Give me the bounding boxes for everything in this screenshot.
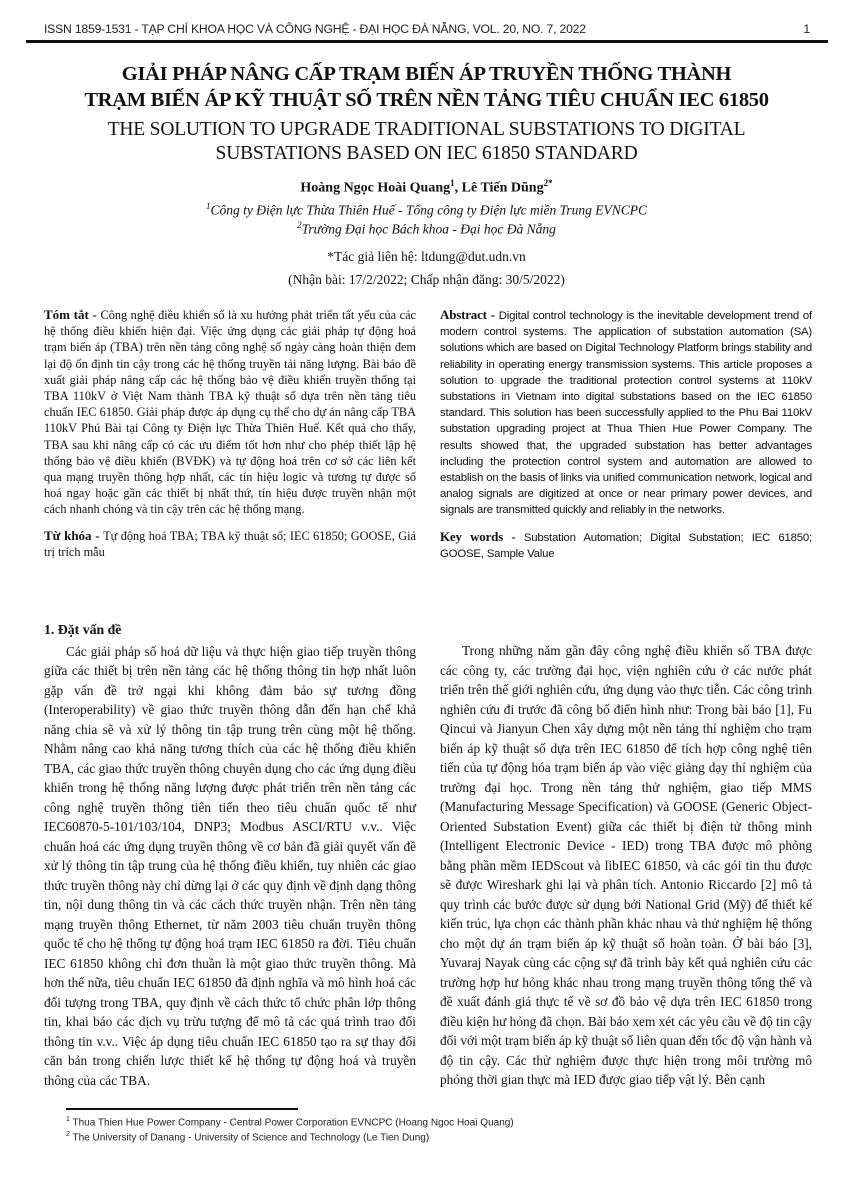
- body-paragraph: Các giải pháp số hoá dữ liệu và thực hiệ…: [44, 642, 416, 1091]
- affiliation-2-text: Trường Đại học Bách khoa - Đại học Đà Nẵ…: [302, 222, 556, 237]
- affiliation-1: 1Công ty Điện lực Thừa Thiên Huế - Tổng …: [0, 201, 853, 219]
- corresponding-author: *Tác giả liên hệ: ltdung@dut.udn.vn: [0, 249, 853, 265]
- running-header: ISSN 1859-1531 - TẠP CHÍ KHOA HỌC VÀ CÔN…: [44, 22, 810, 36]
- abstract-vietnamese: Tóm tắt - Công nghệ điều khiển số là xu …: [44, 307, 416, 560]
- title-vietnamese: GIẢI PHÁP NÂNG CẤP TRẠM BIẾN ÁP TRUYỀN T…: [0, 61, 853, 113]
- header-rule: [26, 40, 828, 43]
- body-column-right: Trong những năm gần đây công nghệ điều k…: [440, 641, 812, 1090]
- keywords-en-label: Key words -: [440, 529, 524, 544]
- author-2: Lê Tiến Dũng: [462, 181, 544, 196]
- title-english: THE SOLUTION TO UPGRADE TRADITIONAL SUBS…: [0, 118, 853, 166]
- abstract-en-label: Abstract -: [440, 307, 499, 322]
- title-en-line-1: THE SOLUTION TO UPGRADE TRADITIONAL SUBS…: [0, 118, 853, 142]
- title-vi-line-1: GIẢI PHÁP NÂNG CẤP TRẠM BIẾN ÁP TRUYỀN T…: [0, 61, 853, 87]
- footnote-2: 2 The University of Danang - University …: [66, 1131, 429, 1143]
- footnote-1-sup: 1: [66, 1116, 70, 1123]
- abstract-vi-text: Công nghệ điều khiển số là xu hướng phát…: [44, 308, 416, 516]
- section-heading: 1. Đặt vấn đề: [44, 620, 416, 640]
- abstract-vi-label: Tóm tắt -: [44, 307, 101, 322]
- affiliation-2: 2Trường Đại học Bách khoa - Đại học Đà N…: [0, 220, 853, 238]
- keywords-vi-label: Từ khóa -: [44, 528, 103, 543]
- footnote-2-sup: 2: [66, 1131, 70, 1138]
- title-vi-line-2: TRẠM BIẾN ÁP KỸ THUẬT SỐ TRÊN NỀN TẢNG T…: [0, 87, 853, 113]
- footnote-rule: [66, 1108, 298, 1110]
- author-separator: ,: [455, 181, 462, 196]
- author-1: Hoàng Ngọc Hoài Quang: [300, 181, 450, 196]
- author-2-sup: 2*: [544, 178, 553, 188]
- footnote-1: 1 Thua Thien Hue Power Company - Central…: [66, 1116, 514, 1128]
- body-column-left: 1. Đặt vấn đề Các giải pháp số hoá dữ li…: [44, 620, 416, 1090]
- footnote-2-text: The University of Danang - University of…: [73, 1132, 430, 1143]
- body-paragraph: Trong những năm gần đây công nghệ điều k…: [440, 641, 812, 1090]
- abstract-en-text: Digital control technology is the inevit…: [440, 310, 812, 516]
- page-number: 1: [803, 22, 810, 36]
- received-accepted-dates: (Nhận bài: 17/2/2022; Chấp nhận đăng: 30…: [0, 272, 853, 288]
- author-list: Hoàng Ngọc Hoài Quang1, Lê Tiến Dũng2*: [0, 178, 853, 197]
- journal-running-head: ISSN 1859-1531 - TẠP CHÍ KHOA HỌC VÀ CÔN…: [44, 22, 586, 36]
- abstract-english: Abstract - Digital control technology is…: [440, 307, 812, 562]
- title-en-line-2: SUBSTATIONS BASED ON IEC 61850 STANDARD: [0, 142, 853, 166]
- footnote-1-text: Thua Thien Hue Power Company - Central P…: [73, 1117, 514, 1128]
- affiliation-1-text: Công ty Điện lực Thừa Thiên Huế - Tổng c…: [211, 203, 647, 218]
